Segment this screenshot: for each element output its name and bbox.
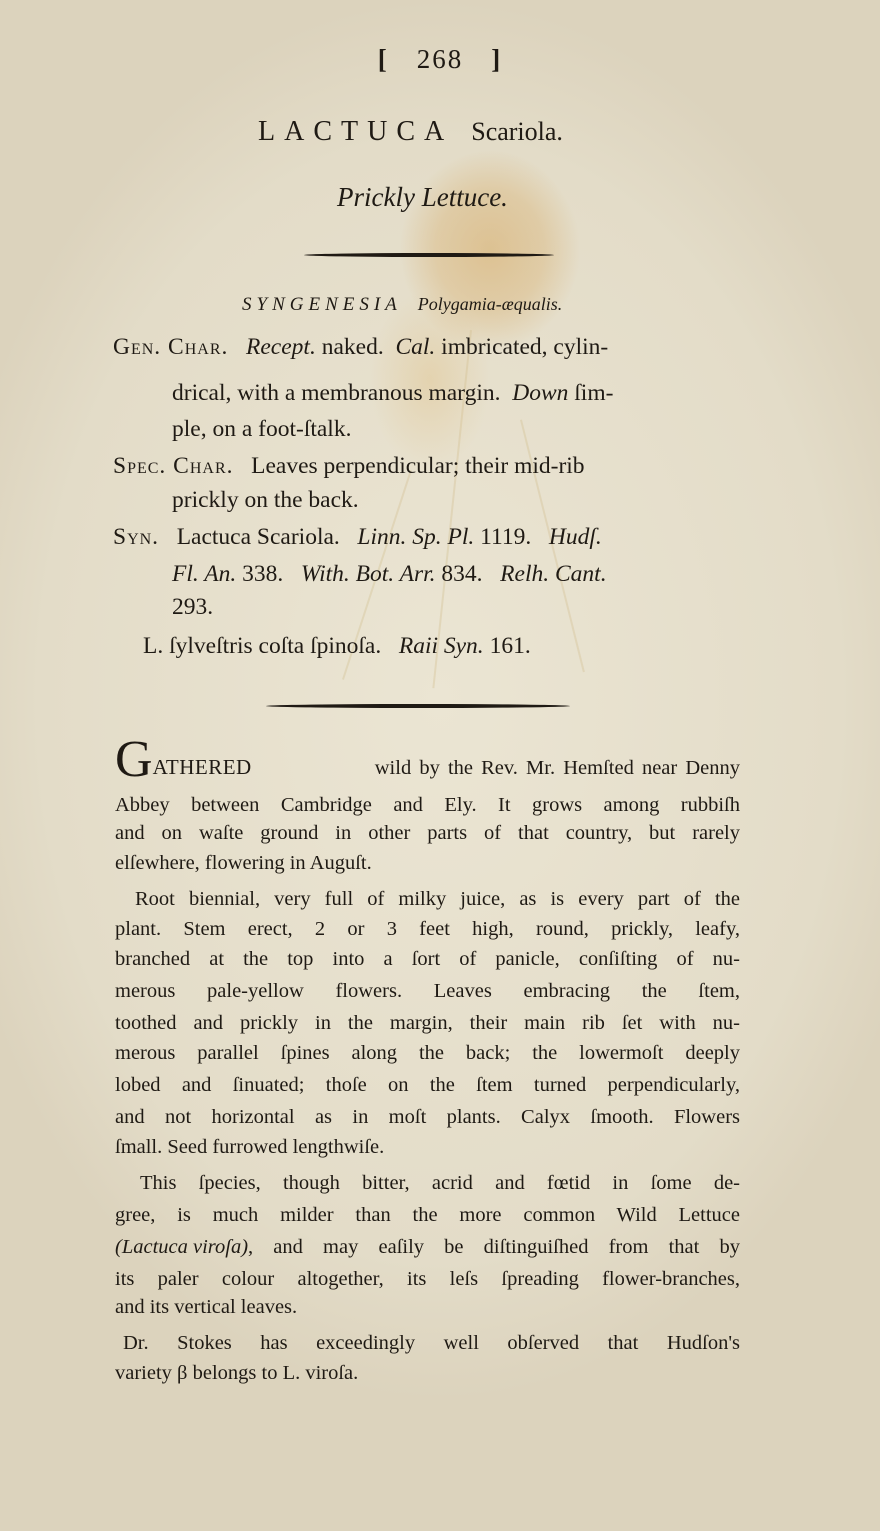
gen-char-label: Gen. Char.	[113, 334, 228, 360]
synonymy: Syn. Lactuca Scariola. Linn. Sp. Pl. 111…	[113, 524, 602, 551]
class-name: SYNGENESIA	[242, 294, 402, 315]
book-page: [268] LACTUCAScariola. Prickly Lettuce. …	[0, 0, 880, 1531]
order-name: Polygamia-æqualis.	[418, 294, 563, 314]
text-line: gree, is much milder than the more commo…	[115, 1204, 740, 1227]
text: ſim-	[568, 380, 613, 406]
text: Lactuca Scariola.	[177, 524, 340, 550]
text-line: plant. Stem erect, 2 or 3 feet high, rou…	[115, 918, 740, 941]
text: naked.	[316, 334, 390, 360]
text-italic: Recept.	[246, 334, 316, 360]
genus-name: LACTUCA	[258, 116, 453, 147]
spec-char-line-2: prickly on the back.	[172, 487, 359, 514]
paragraph-1: GATHERED wild by the Rev. Mr. Hemſted ne…	[115, 740, 740, 780]
specific-character: Spec. Char. Leaves perpendicular; their …	[113, 453, 585, 480]
common-name: Prickly Lettuce.	[337, 182, 508, 213]
text-line: and not horizontal as in moſt plants. Ca…	[115, 1106, 740, 1129]
text-line: and its vertical leaves.	[115, 1296, 740, 1319]
text-italic: Down	[512, 380, 568, 406]
text: 161.	[484, 633, 531, 659]
text-italic: Relh. Cant.	[500, 561, 606, 587]
gen-char-line-2: drical, with a membranous margin. Down ſ…	[172, 380, 613, 407]
cap-word: ATHERED	[153, 755, 252, 779]
text-line: Dr. Stokes has exceedingly well obſerved…	[123, 1332, 740, 1355]
text-italic: Raii Syn.	[399, 633, 484, 659]
text-line: variety β belongs to L. viroſa.	[115, 1362, 740, 1385]
text-line: lobed and ſinuated; thoſe on the ſtem tu…	[115, 1074, 740, 1097]
generic-character: Gen. Char. Recept. naked. Cal. imbricate…	[113, 334, 608, 361]
ornamental-rule-top	[304, 253, 554, 257]
text-italic: Fl. An.	[172, 561, 236, 587]
page-number-value: 268	[417, 44, 464, 74]
text-line: merous pale-yellow flowers. Leaves embra…	[115, 980, 740, 1003]
spec-char-label: Spec. Char.	[113, 453, 234, 479]
text-italic: With. Bot. Arr.	[301, 561, 436, 587]
species-name: Scariola.	[471, 117, 563, 146]
drop-cap: G	[115, 731, 153, 788]
text-line: Root biennial, very full of milky juice,…	[135, 888, 740, 911]
text: Leaves perpendicular; their mid-rib	[251, 453, 584, 479]
text: 1119.	[474, 524, 531, 550]
page-title: LACTUCAScariola.	[258, 116, 563, 148]
text-line: branched at the top into a ſort of panic…	[115, 948, 740, 971]
species-reference: (Lactuca viroſa)	[115, 1236, 248, 1259]
bracket-open: [	[378, 44, 389, 74]
text-line: toothed and prickly in the margin, their…	[115, 1012, 740, 1035]
text: , and may eaſily be diſtinguiſhed from t…	[248, 1236, 740, 1259]
text-italic: Cal.	[395, 334, 435, 360]
text-line: ſmall. Seed furrowed lengthwiſe.	[115, 1136, 740, 1159]
gen-char-line-3: ple, on a foot-ſtalk.	[172, 416, 351, 443]
bracket-close: ]	[491, 44, 502, 74]
text-line: its paler colour altogether, its leſs ſp…	[115, 1268, 740, 1291]
text-line: (Lactuca viroſa), and may eaſily be diſt…	[115, 1236, 740, 1259]
text: ſylveſtris coſta ſpinoſa.	[163, 633, 381, 659]
text-line: and on waſte ground in other parts of th…	[115, 822, 740, 845]
text: imbricated, cylin-	[435, 334, 608, 360]
syn-label: Syn.	[113, 524, 159, 550]
text: 338.	[236, 561, 283, 587]
syn-line-4: L. ſylveſtris coſta ſpinoſa. Raii Syn. 1…	[143, 633, 531, 660]
text: L.	[143, 633, 163, 659]
text: drical, with a membranous margin.	[172, 380, 506, 406]
syn-line-3: 293.	[172, 594, 213, 621]
text-italic: Linn. Sp. Pl.	[357, 524, 474, 550]
text-line: This ſpecies, though bitter, acrid and f…	[140, 1172, 740, 1195]
page-number: [268]	[0, 44, 880, 75]
text-line: elſewhere, flowering in Auguſt.	[115, 852, 740, 875]
text: 834.	[436, 561, 483, 587]
text-line: Abbey between Cambridge and Ely. It grow…	[115, 794, 740, 817]
text-line: wild by the Rev. Mr. Hemſted near Denny	[375, 757, 740, 780]
text-italic: Hudſ.	[549, 524, 602, 550]
linnaean-classification: SYNGENESIAPolygamia-æqualis.	[242, 294, 562, 316]
syn-line-2: Fl. An. 338. With. Bot. Arr. 834. Relh. …	[172, 561, 607, 588]
ornamental-rule-middle	[266, 704, 570, 708]
text-line: merous parallel ſpines along the back; t…	[115, 1042, 740, 1065]
